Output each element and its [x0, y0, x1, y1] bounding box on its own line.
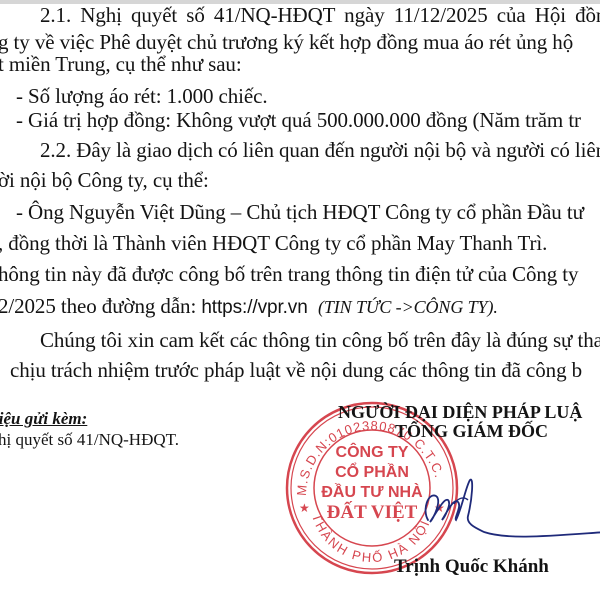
paragraph-2-1-line-2: g ty về việc Phê duyệt chủ trương ký kết…: [0, 30, 573, 54]
disclosure-prefix: 2/2025 theo đường dẫn:: [0, 294, 201, 318]
contract-value-item: - Giá trị hợp đồng: Không vượt quá 500.0…: [16, 108, 581, 132]
commitment-line-1: Chúng tôi xin cam kết các thông tin công…: [40, 328, 600, 352]
legal-representative-title: NGƯỜI ĐẠI DIỆN PHÁP LUẬ: [338, 402, 582, 423]
paragraph-2-1-line-1: 2.1. Nghị quyết số 41/NQ-HĐQT ngày 11/12…: [40, 3, 600, 27]
paragraph-2-2-line-1: 2.2. Đây là giao dịch có liên quan đến n…: [40, 138, 600, 162]
handwritten-signature-icon: [418, 470, 600, 540]
seal-line-1: CÔNG TY: [284, 444, 460, 462]
insider-item-line-2: , đồng thời là Thành viên HĐQT Công ty c…: [0, 231, 547, 255]
paragraph-2-1-line-3: t miền Trung, cụ thể như sau:: [0, 52, 242, 76]
company-website-link[interactable]: https://vpr.vn: [201, 297, 307, 318]
nav-path: (TIN TỨC ->CÔNG TY).: [318, 297, 498, 317]
disclosure-line-2: 2/2025 theo đường dẫn: https://vpr.vn (T…: [0, 294, 498, 320]
attachment-item: hị quyết số 41/NQ-HĐQT.: [0, 430, 179, 450]
commitment-line-2: chịu trách nhiệm trước pháp luật về nội …: [10, 358, 582, 382]
general-director-title: TỔNG GIÁM ĐỐC: [395, 421, 548, 442]
paragraph-2-2-line-2: ời nội bộ Công ty, cụ thể:: [0, 168, 209, 192]
quantity-item: - Số lượng áo rét: 1.000 chiếc.: [16, 84, 268, 108]
attachments-title: liệu gửi kèm:: [0, 409, 87, 429]
insider-item-line-1: - Ông Nguyễn Việt Dũng – Chủ tịch HĐQT C…: [16, 200, 584, 224]
signer-name: Trịnh Quốc Khánh: [394, 556, 549, 578]
disclosure-line-1: hông tin này đã được công bố trên trang …: [0, 262, 578, 286]
